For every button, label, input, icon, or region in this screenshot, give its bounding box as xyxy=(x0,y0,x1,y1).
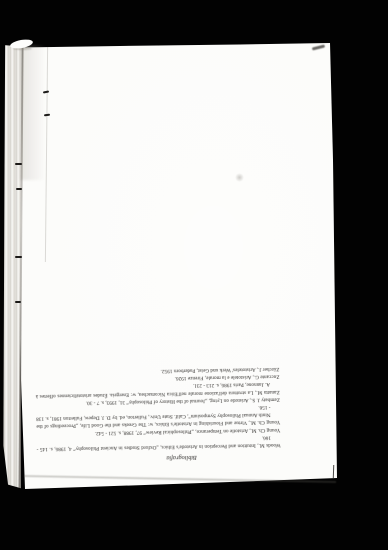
bibliography-entries: Woods M., Intuition and Perception in Ar… xyxy=(35,365,280,453)
bottom-right-hair-artifact xyxy=(332,465,334,479)
scanner-background: Bibliografia Woods M., Intuition and Per… xyxy=(0,0,388,550)
binding-tick-mark xyxy=(16,188,23,190)
bibliography-entry: Young Ch. M., Virtue and Flourishing in … xyxy=(36,403,280,430)
page-smudge-dot xyxy=(235,173,244,182)
binding-tick-mark xyxy=(15,256,22,258)
page-edge-shading xyxy=(0,0,388,550)
binding-tick-mark xyxy=(15,301,21,303)
binding-tick-mark xyxy=(15,163,22,165)
upside-down-text-block: Bibliografia Woods M., Intuition and Per… xyxy=(35,356,281,464)
